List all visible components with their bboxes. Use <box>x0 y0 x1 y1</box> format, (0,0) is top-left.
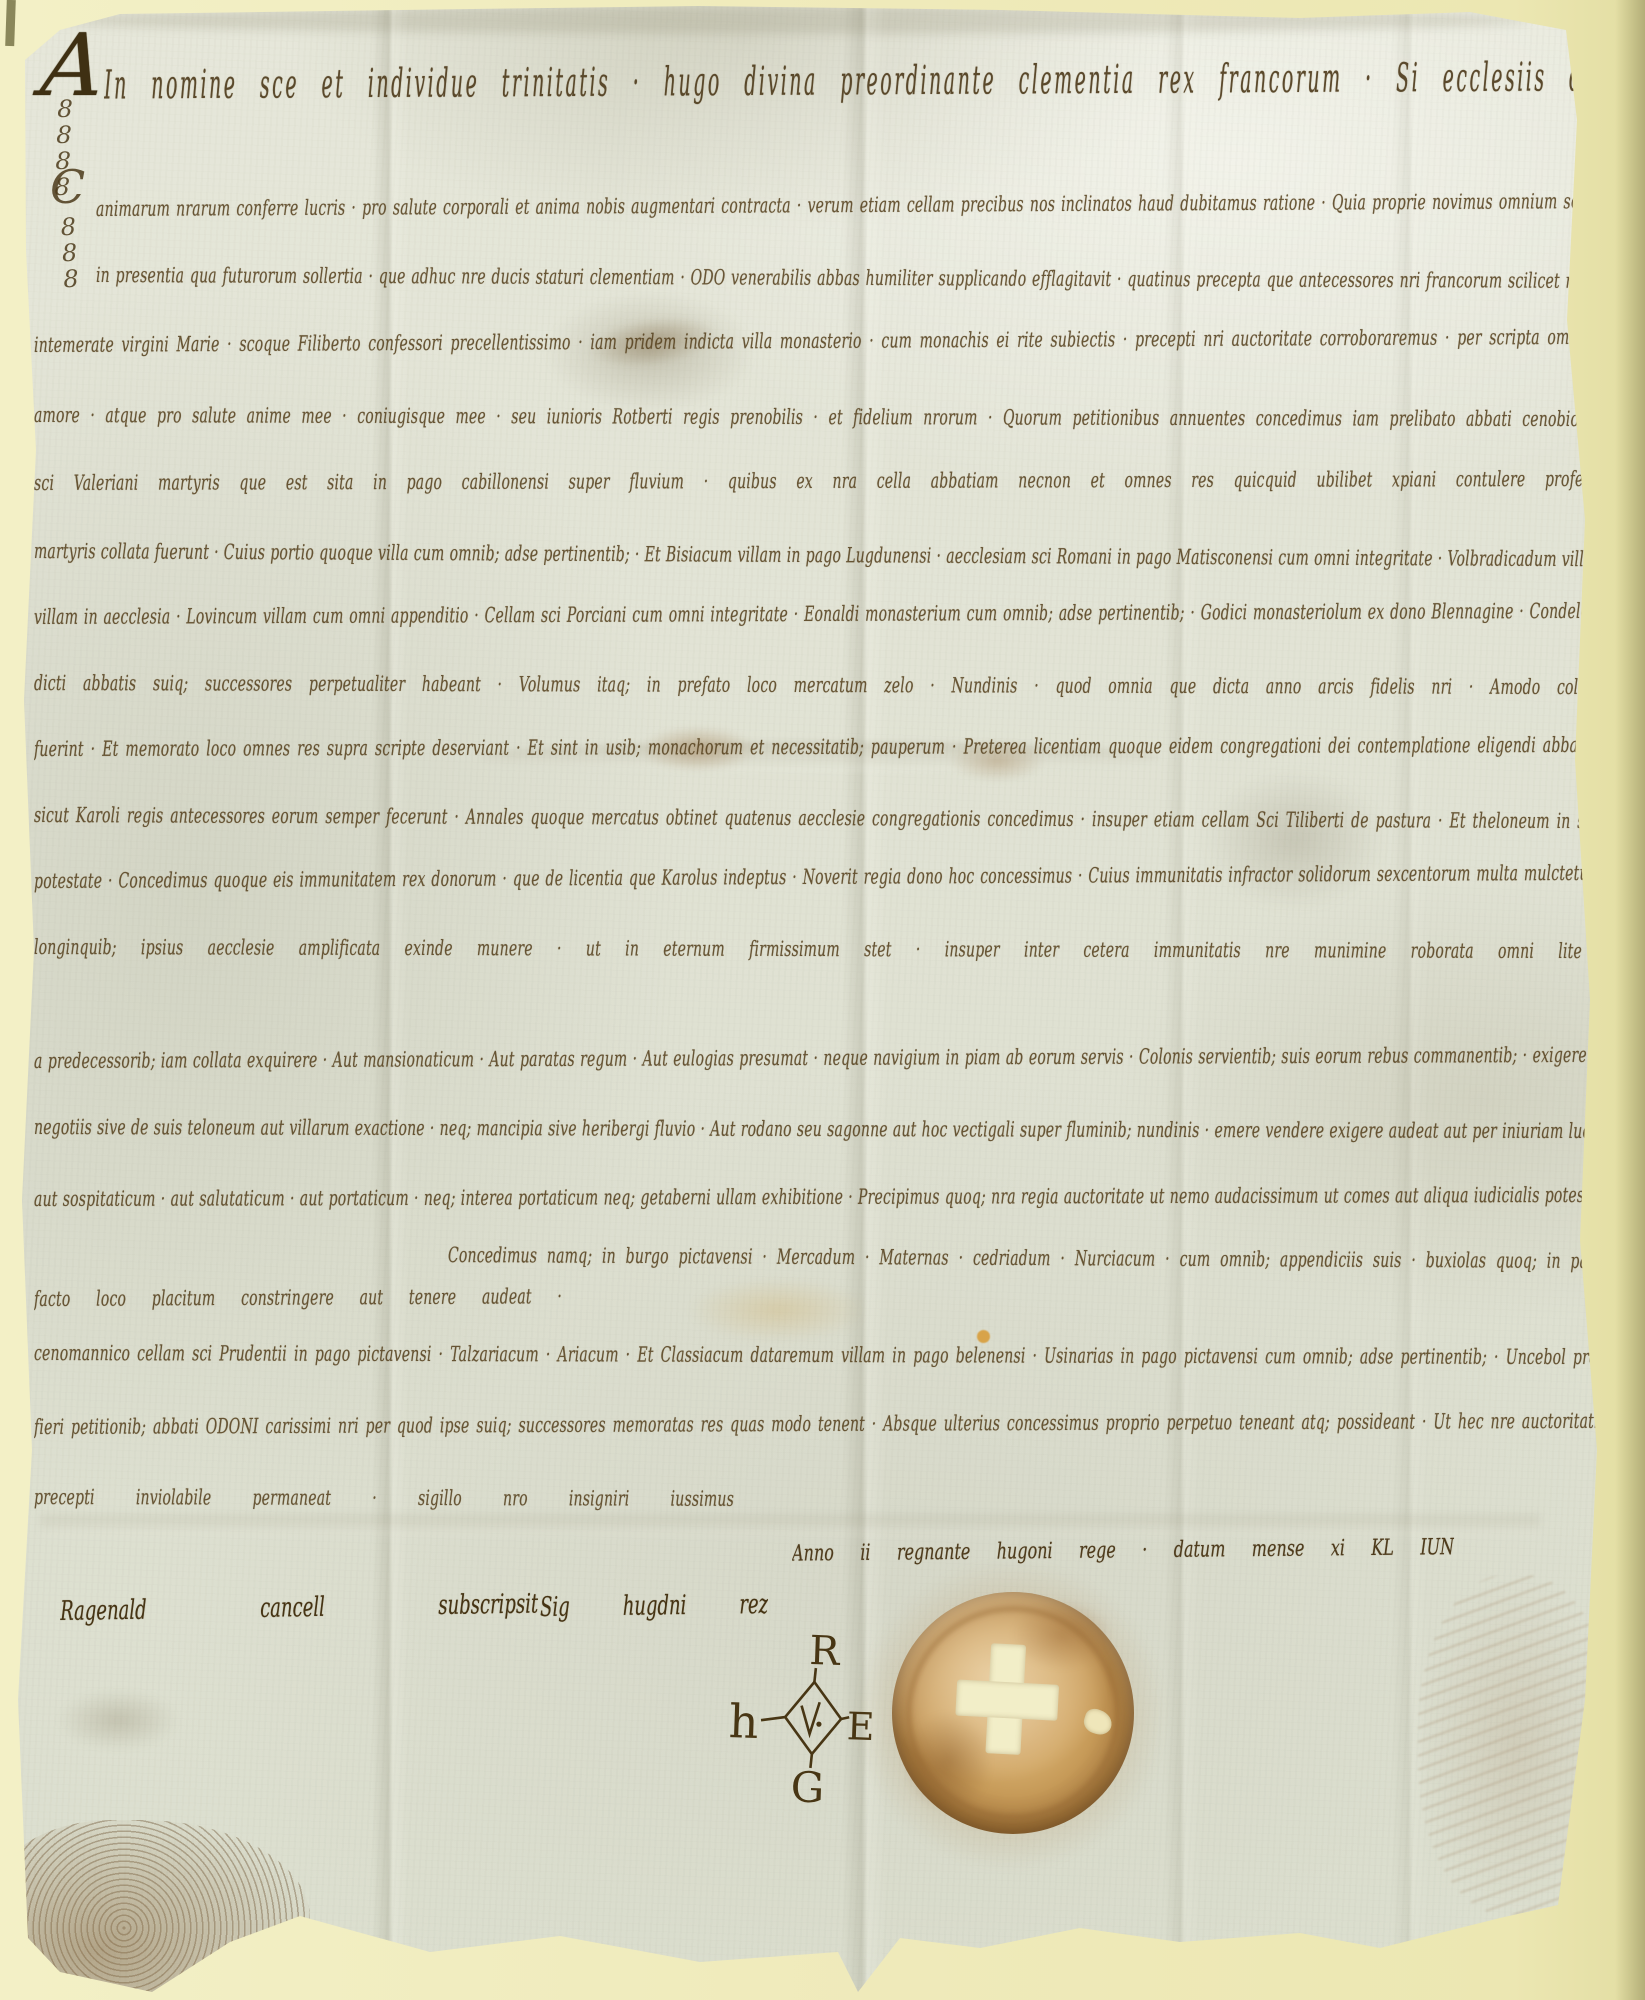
charter-photograph: A 8 8 8 8 C 8 8 8 In nomine sce et indiv… <box>0 0 1645 2000</box>
parchment-sheet: A 8 8 8 8 C 8 8 8 In nomine sce et indiv… <box>0 0 1645 2000</box>
backdrop-corner-mark <box>5 0 16 46</box>
edge-vignette <box>0 0 1645 2000</box>
backdrop-right-shadow-band <box>1615 0 1645 2000</box>
